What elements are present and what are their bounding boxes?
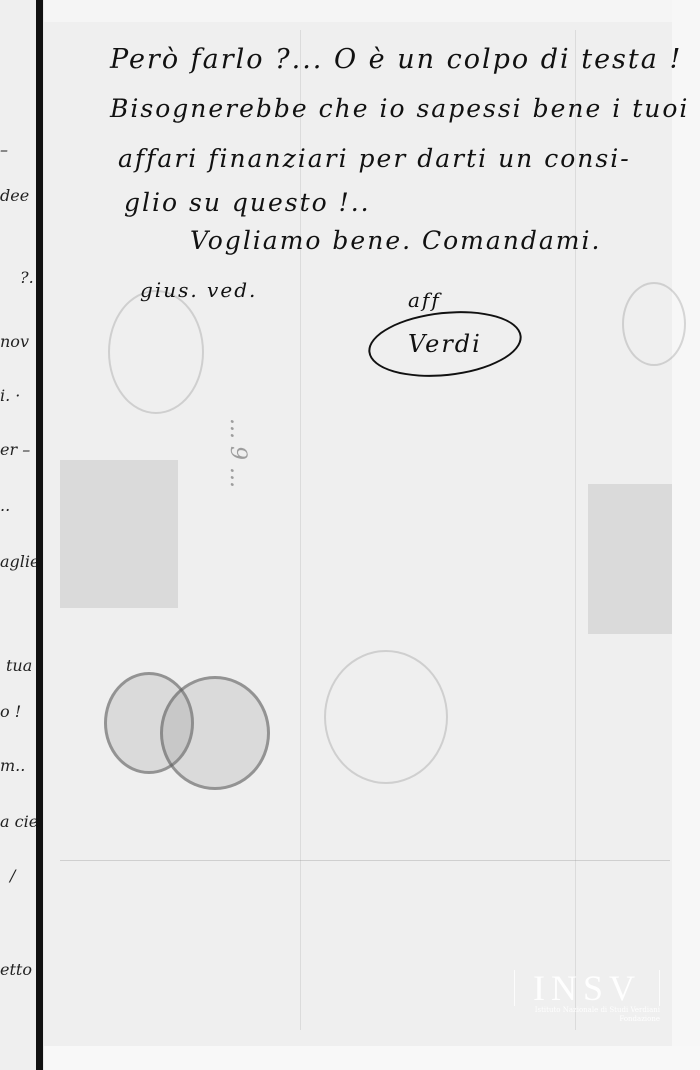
left-fragment: / (10, 866, 15, 885)
left-fragment: er – (0, 440, 30, 459)
insv-logo-mark: INSV (514, 970, 660, 1006)
binding-gutter (36, 0, 43, 1070)
signature: Verdi (408, 330, 482, 358)
stamp-ghost (588, 484, 672, 634)
insv-line2: Fondazione (514, 1015, 660, 1024)
stamp-ghost (60, 460, 178, 608)
left-fragment: ?. (20, 268, 34, 287)
left-fragment: tua (6, 656, 32, 675)
left-fragment: i. · (0, 386, 20, 405)
letter-line: gius. ved. (140, 278, 257, 302)
insv-line1: Istituto Nazionale di Studi Verdiani (514, 1006, 660, 1015)
letter-line: glio su questo !.. (124, 188, 371, 217)
left-fragment: .. (0, 496, 10, 515)
fold-line (575, 30, 576, 1030)
postmark-ghost (324, 650, 448, 784)
insv-watermark: INSV Istituto Nazionale di Studi Verdian… (514, 970, 660, 1024)
left-fragment: nov (0, 332, 29, 351)
left-fragment: dee (0, 186, 29, 205)
left-page-edge: – dee ?. nov i. · er – .. aglie tua o ! … (0, 0, 40, 1070)
fold-line (300, 30, 301, 1030)
fold-line (60, 860, 670, 861)
bottom-margin (44, 1046, 700, 1070)
letter-line: Bisognerebbe che io sapessi bene i tuoi (110, 94, 689, 123)
letter-line: Vogliamo bene. Comandami. (190, 226, 601, 255)
closing: aff (408, 288, 441, 312)
postmark (160, 676, 270, 790)
left-fragment: aglie (0, 552, 39, 571)
right-margin (672, 0, 700, 1070)
top-margin (44, 0, 700, 22)
left-fragment: etto (0, 960, 32, 979)
left-fragment: o ! (0, 702, 21, 721)
letter-line: Però farlo ?... O è un colpo di testa ! (110, 44, 682, 75)
marginal-note: ... 9 ... (225, 418, 250, 488)
postmark-ghost (108, 290, 204, 414)
left-fragment: m.. (0, 756, 25, 775)
postmark-ghost (622, 282, 686, 366)
left-fragment: – (0, 140, 8, 159)
letter-line: affari finanziari per darti un consi- (118, 144, 631, 173)
left-fragment: a cie (0, 812, 38, 831)
